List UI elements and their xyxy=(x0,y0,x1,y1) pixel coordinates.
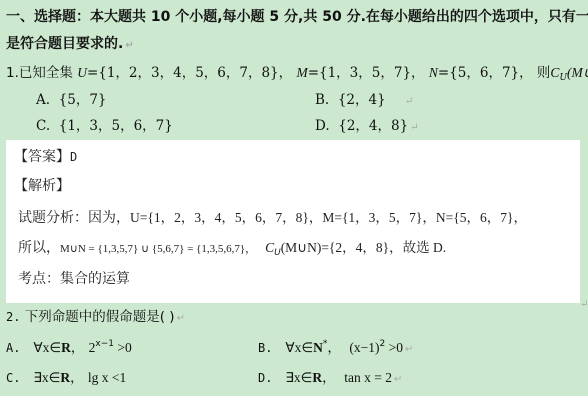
paragraph-mark-icon: ↵ xyxy=(394,374,402,385)
q1-option-b[interactable]: B. {2，4} ↵ xyxy=(315,88,413,108)
separator: ， xyxy=(71,340,85,356)
q1-option-a[interactable]: A. {5，7} xyxy=(36,88,107,108)
question-number: 2. xyxy=(6,310,20,324)
section-header-line2: 是符合题目要求的.↵ xyxy=(6,33,134,53)
analysis-math: U={1，2，3，4，5，6，7，8}，M={1，3，5，7}，N={5，6，7… xyxy=(130,210,527,225)
expr-rest: >0 xyxy=(114,340,132,355)
option-label: A. xyxy=(36,92,50,108)
option-value: {5，7} xyxy=(59,92,107,108)
question-1-stem: 1.已知全集 U={1，2，3，4，5，6，7，8}， M={1，3，5，7}，… xyxy=(6,61,588,83)
q1-option-d[interactable]: D. {2，4，8}↵ xyxy=(315,114,419,134)
expr-superscript: x−1 xyxy=(95,339,114,349)
option-value: {2，4，8} xyxy=(338,118,408,134)
question-number: 1. xyxy=(6,65,19,81)
option-label: B. xyxy=(258,341,272,355)
paragraph-mark-icon: ↵ xyxy=(125,40,133,51)
paragraph-mark-icon: ↵ xyxy=(177,313,185,324)
key-point-line: 考点：集合的运算 xyxy=(18,268,130,288)
quantifier: ∃x∈ xyxy=(285,370,312,385)
set-symbol: R xyxy=(60,370,70,385)
analysis-line-2: 所以，M∪N = {1,3,5,7} ∪ {5,6,7} = {1,3,5,6,… xyxy=(18,236,446,258)
complement-symbol: C xyxy=(265,240,274,255)
separator: ， xyxy=(322,370,336,386)
set-symbol: N xyxy=(313,340,323,355)
q2-option-a[interactable]: A. ∀x∈R， 2x−1 >0 xyxy=(6,336,132,356)
analysis-prefix: 试题分析：因为， xyxy=(18,210,130,226)
section-header-line1: 一、选择题：本大题共 10 个小题,每小题 5 分,共 50 分.在每小题给出的… xyxy=(6,6,588,26)
q2-option-b[interactable]: B. ∀x∈N*， (x−1)2 >0↵ xyxy=(258,336,413,356)
math-var-M: M xyxy=(296,65,307,80)
math-set-M: ={1，3，5，7}， xyxy=(308,65,425,81)
paragraph-mark-icon: ↵ xyxy=(405,344,413,355)
expr: (x−1) xyxy=(349,340,379,355)
analysis-prefix-2: 所以， xyxy=(18,240,60,256)
analysis-result: (M∪N)={2，4，8}，故选 D. xyxy=(281,240,446,255)
q2-option-d[interactable]: D. ∃x∈R， tan x = 2↵ xyxy=(258,366,402,386)
option-label: C. xyxy=(36,118,50,134)
math-var-N: N xyxy=(429,65,438,80)
answer-line: 【答案】D xyxy=(14,146,77,166)
math-set-N: ={5，6，7}， xyxy=(438,65,533,81)
section-header-text-2: 是符合题目要求的. xyxy=(6,36,123,52)
option-label: D. xyxy=(258,371,272,385)
math-set-U: ={1，2，3，4，5，6，7，8}， xyxy=(87,65,292,81)
question-then: 则 xyxy=(537,65,551,81)
q1-option-c[interactable]: C. {1，3，5，6，7} xyxy=(36,114,173,134)
set-symbol: R xyxy=(312,370,322,385)
analysis-label: 【解析】 xyxy=(14,178,70,194)
analysis-line-1: 试题分析：因为，U={1，2，3，4，5，6，7，8}，M={1，3，5，7}，… xyxy=(18,206,527,227)
separator: ， xyxy=(70,370,84,386)
option-label: B. xyxy=(315,92,329,108)
analysis-union-math: M∪N = {1,3,5,7} ∪ {5,6,7} = {1,3,5,6,7}， xyxy=(60,243,256,255)
question-2-stem: 2. 下列命题中的假命题是( )↵ xyxy=(6,305,185,325)
math-var-U: U xyxy=(77,65,87,80)
option-value: {1，3，5，6，7} xyxy=(59,118,173,134)
expr: tan x = 2 xyxy=(344,370,392,385)
option-label: D. xyxy=(315,118,330,134)
analysis-label-line: 【解析】 xyxy=(14,175,70,195)
answer-label: 【答案】 xyxy=(14,149,70,165)
expr: lg x <1 xyxy=(88,370,126,385)
separator: ， xyxy=(327,340,341,356)
paragraph-mark-icon: ↵ xyxy=(410,122,418,133)
paragraph-mark-icon: ↵ xyxy=(580,299,588,310)
question-text: 下列命题中的假命题是( ) xyxy=(25,309,175,325)
q2-option-c[interactable]: C. ∃x∈R， lg x <1 xyxy=(6,366,126,386)
key-point: 考点：集合的运算 xyxy=(18,271,130,287)
option-label: A. xyxy=(6,341,20,355)
question-text: 已知全集 xyxy=(19,65,73,81)
paragraph-mark-icon: ↵ xyxy=(405,96,413,107)
quantifier: ∀x∈ xyxy=(33,340,61,355)
complement-subscript: U xyxy=(274,248,281,258)
answer-value: D xyxy=(70,150,77,164)
complement-expression: (M∪N)= xyxy=(567,65,588,80)
expr-rest: >0 xyxy=(385,340,403,355)
section-header-text: 一、选择题：本大题共 10 个小题,每小题 5 分,共 50 分.在每小题给出的… xyxy=(6,9,588,25)
answer-box-end: ↵ xyxy=(578,292,588,311)
quantifier: ∀x∈ xyxy=(285,340,313,355)
option-label: C. xyxy=(6,371,20,385)
option-value: {2，4} xyxy=(338,92,386,108)
complement-subscript: U xyxy=(559,73,567,83)
quantifier: ∃x∈ xyxy=(33,370,60,385)
set-symbol: R xyxy=(61,340,71,355)
